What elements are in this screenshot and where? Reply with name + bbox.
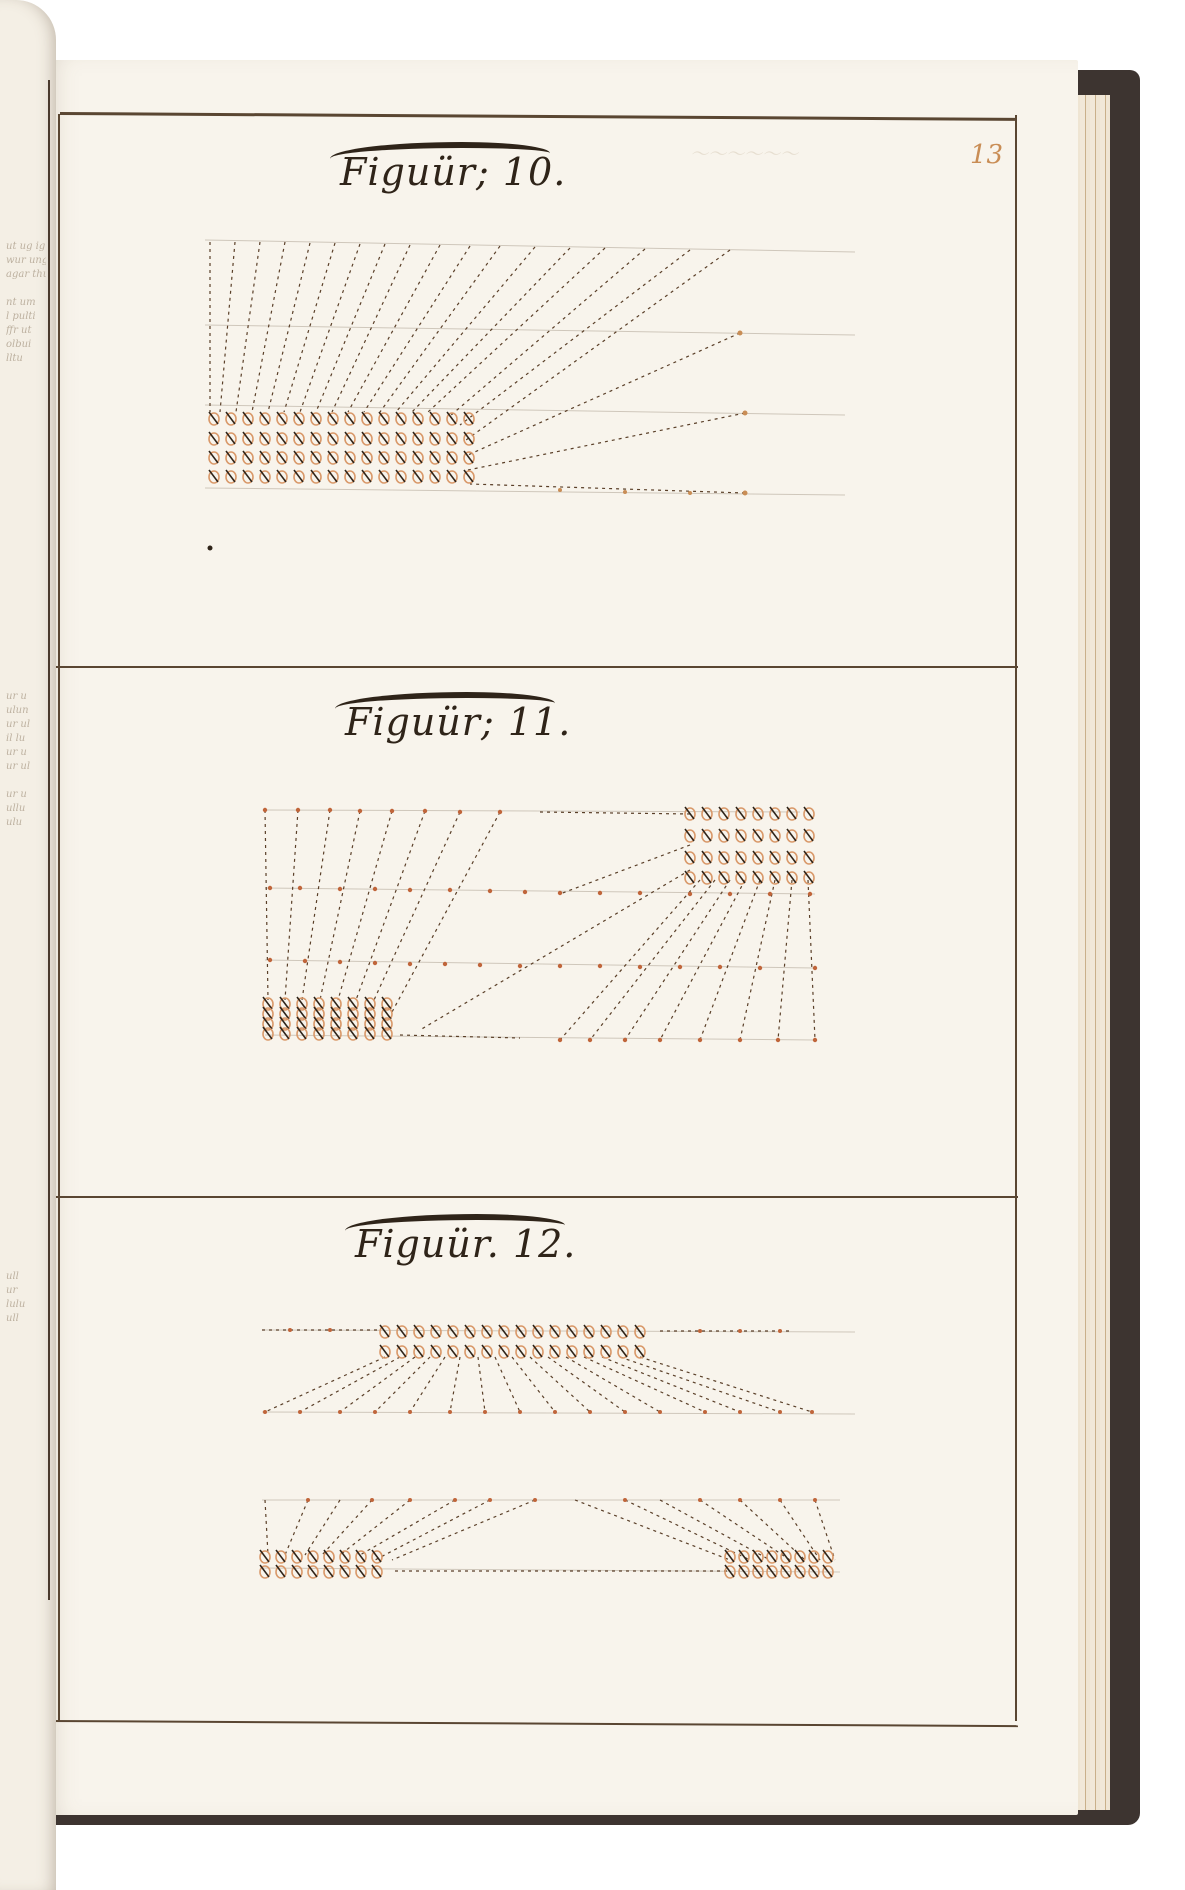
figure-11-stitch-grid-left: [263, 997, 392, 1040]
ink-dot: [208, 546, 213, 551]
figure-12-stitch-grid-bottom-left: [260, 1550, 382, 1578]
figure-11-stitch-grid-right: [685, 807, 814, 884]
figure-10-stitch-grid: [209, 412, 474, 483]
figure-10-diagram: [0, 0, 1185, 1890]
figure-12-stitch-grid-top: [380, 1325, 645, 1358]
